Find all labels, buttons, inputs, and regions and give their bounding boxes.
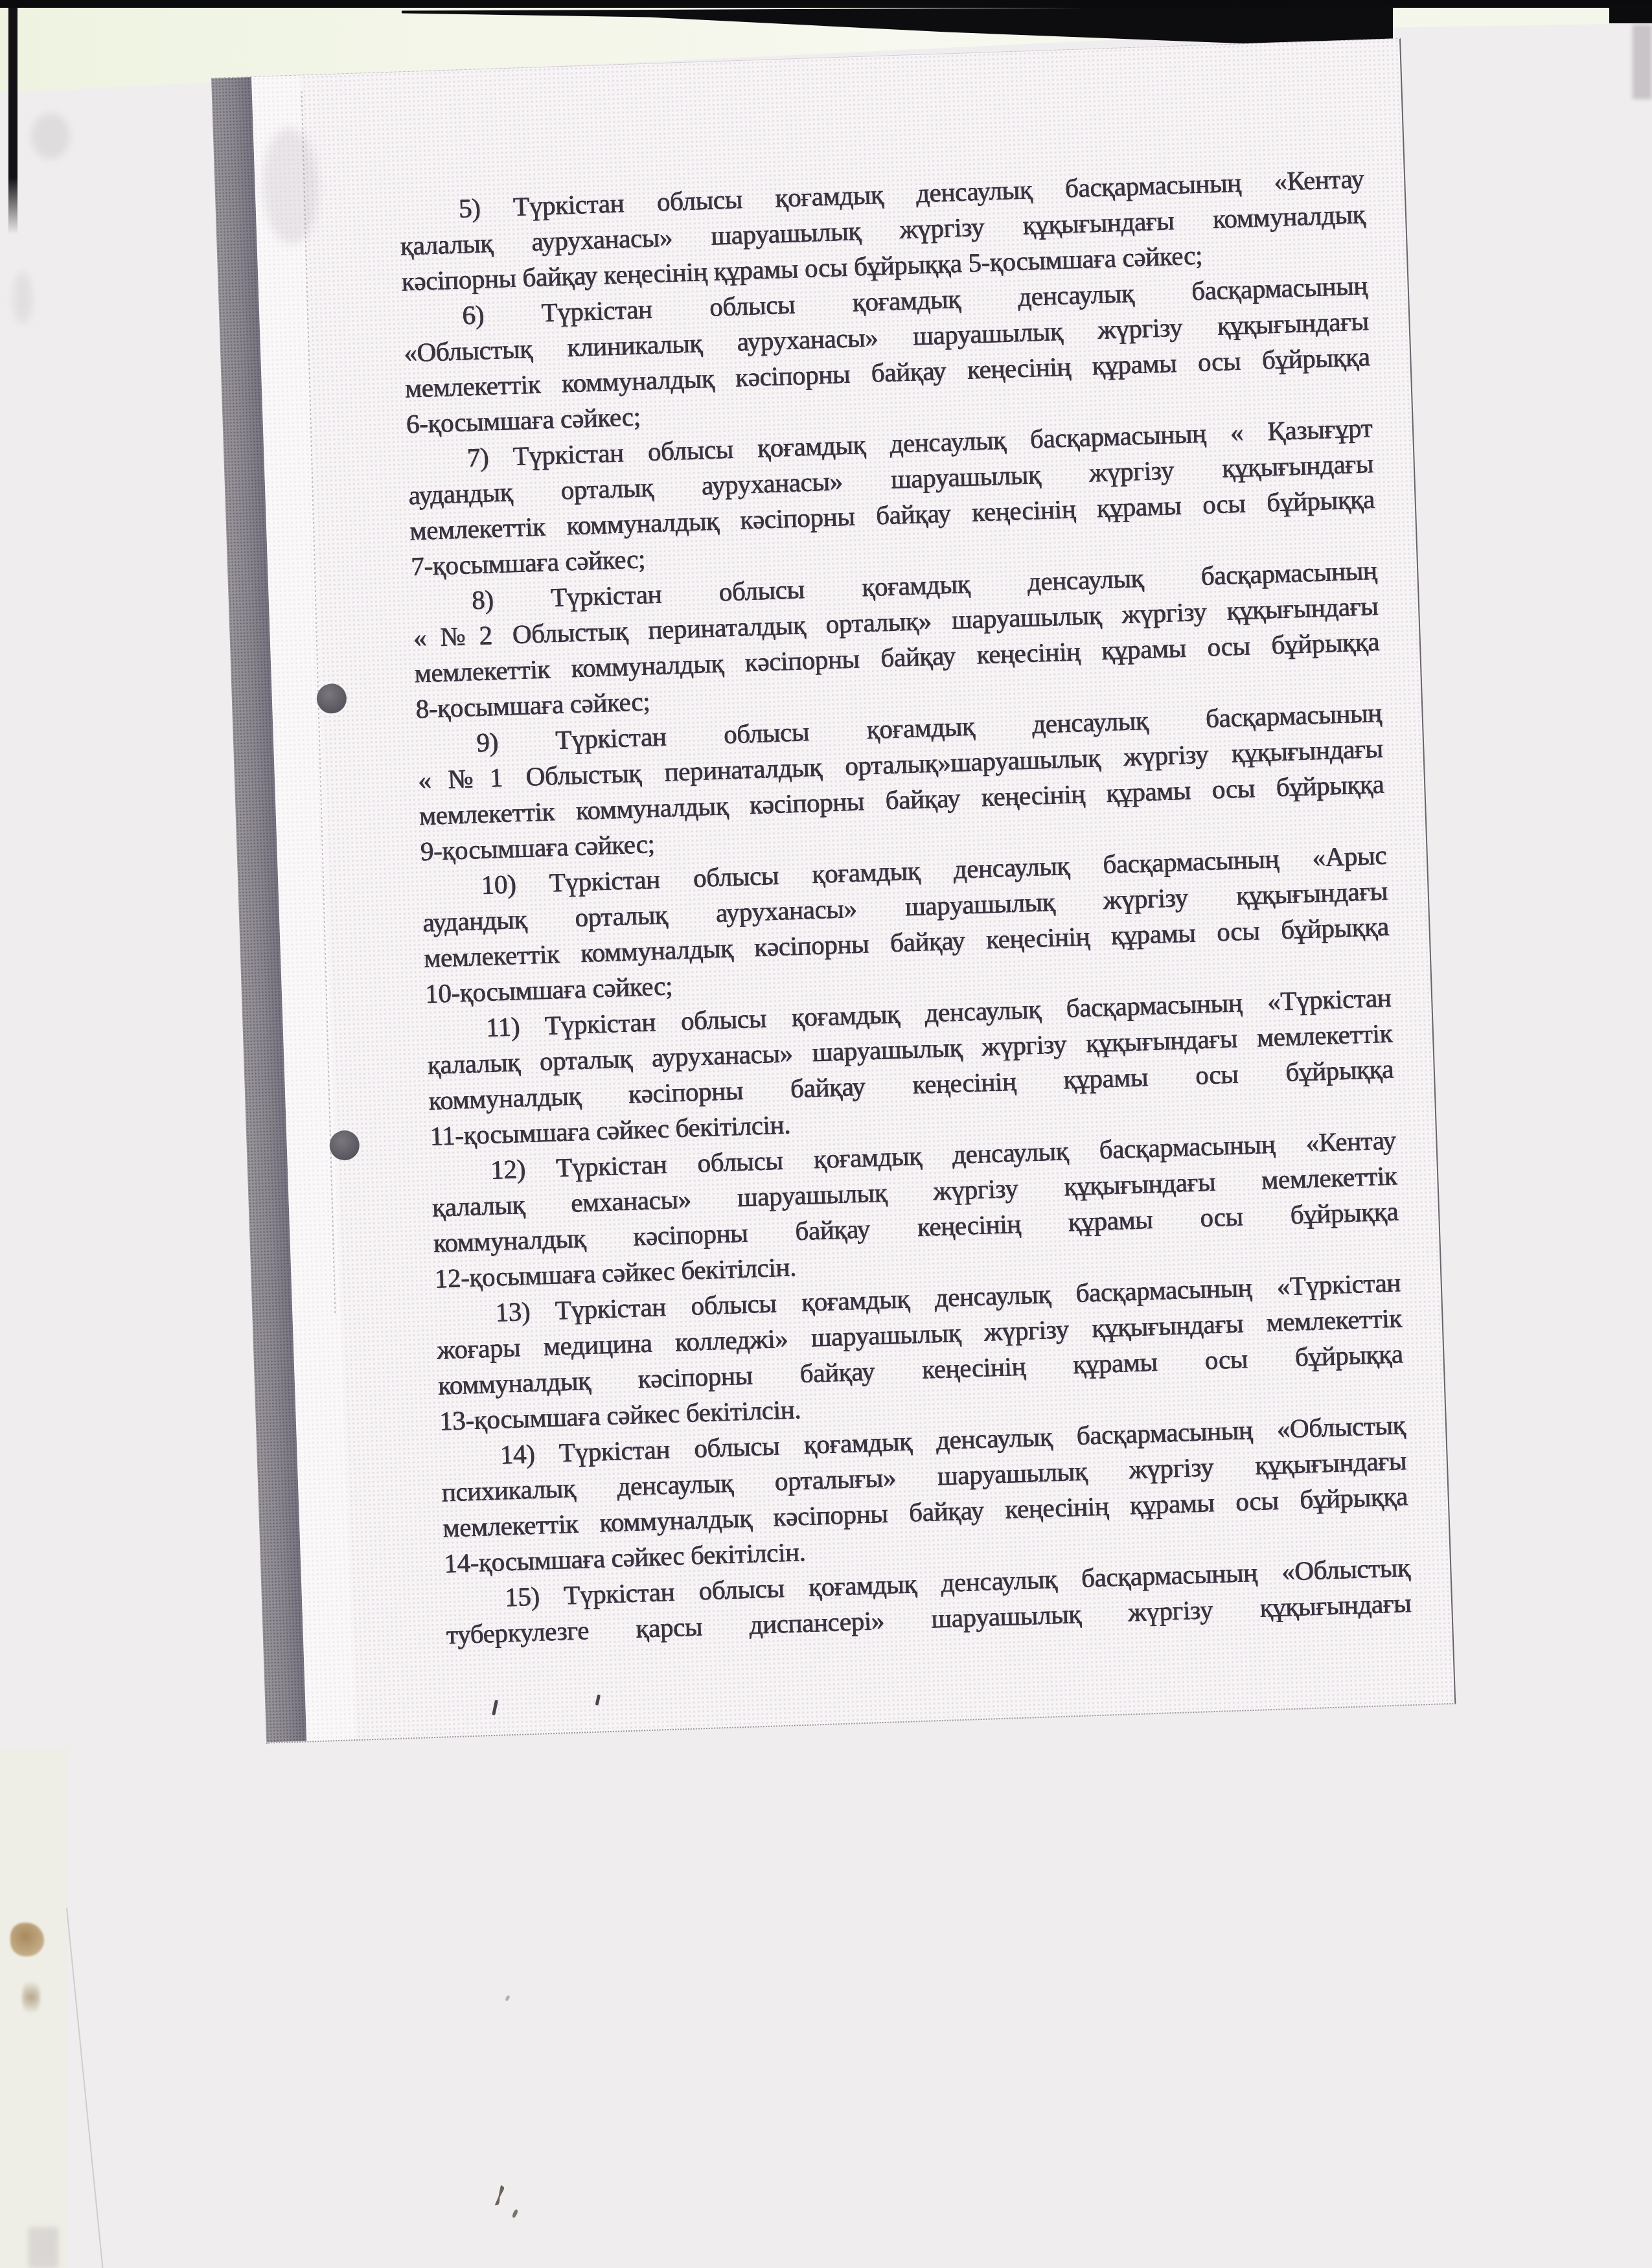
punch-hole-top: [316, 683, 347, 714]
tan-stain-small: [22, 1977, 40, 2017]
document-page: 5) Түркістан облысы қоғамдық денсаулық б…: [211, 38, 1456, 1743]
underlying-sheet-crease: [66, 1908, 104, 2268]
scanner-top-bar: [0, 0, 1652, 8]
pen-tick-mark: [595, 1694, 601, 1706]
punch-hole-bottom: [329, 1130, 360, 1160]
margin-smudge: [13, 272, 32, 324]
paper-speck: [505, 1995, 511, 2001]
pen-dot-mark: [511, 2208, 518, 2218]
left-edge-black-strip: [8, 8, 17, 235]
margin-smudge: [31, 113, 70, 159]
pen-squiggle-mark: [493, 2184, 505, 2206]
scan-background: 5) Түркістан облысы қоғамдық денсаулық б…: [0, 0, 1652, 2268]
scanner-corner-block: [1609, 4, 1652, 23]
pen-tick-mark: [492, 1700, 498, 1716]
bottom-left-streak: [29, 2227, 58, 2268]
scanner-corner-streak: [1633, 25, 1652, 99]
tan-stain: [10, 1923, 44, 1956]
document-text: 5) Түркістан облысы қоғамдық денсаулық б…: [398, 161, 1412, 1653]
